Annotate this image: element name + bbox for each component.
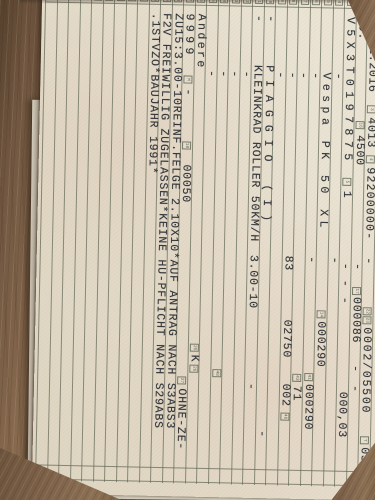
field-number-box: 19 xyxy=(163,0,171,2)
field-number-box: 20 xyxy=(151,0,159,1)
field-label-box: 41 xyxy=(303,373,312,381)
form-cell: 000,03 xyxy=(336,391,347,437)
field-number-box: 22 xyxy=(128,0,136,1)
field-number-box: 10 xyxy=(266,0,274,4)
field-number-box: 12 xyxy=(243,0,251,3)
form-cell: - xyxy=(348,384,358,392)
field-number-box: 23 xyxy=(117,0,125,1)
field-label-box: 3 xyxy=(366,105,375,113)
field-label-box: 18 xyxy=(182,141,191,149)
field-number-box: 8 xyxy=(289,0,297,4)
field-number-box: 14 xyxy=(220,0,228,3)
form-cell: - xyxy=(228,70,238,78)
form-cell: - xyxy=(328,256,338,264)
form-cell: - xyxy=(332,72,342,80)
field-label-box: 14 xyxy=(316,310,325,318)
field-number-box: 17 xyxy=(186,0,194,2)
field-number-box: 9 xyxy=(278,0,286,4)
form-cell: - xyxy=(305,256,315,264)
field-label-box: 17 xyxy=(351,286,360,294)
field-number-box: 16 xyxy=(197,0,205,2)
field-label-box: 5 xyxy=(342,177,351,185)
field-label-box: 46 xyxy=(279,412,288,420)
field-number-box: 18 xyxy=(174,0,182,2)
form-rows: 129.12.201634013492200000--22230002/0550… xyxy=(35,0,375,487)
form-cell: - xyxy=(182,88,192,96)
field-number-box: 4 xyxy=(335,0,343,5)
field-number-box: 13 xyxy=(232,0,240,3)
vehicle-registration-page: 129.12.201634013492200000--22230002/0550… xyxy=(31,0,375,500)
form-cell: 002 xyxy=(279,383,289,406)
field-label-box: 16 xyxy=(354,121,363,129)
form-cell: 83 xyxy=(282,255,292,271)
field-label-box: T xyxy=(359,436,368,444)
form-cell: - xyxy=(349,364,359,372)
form-cell: 1 xyxy=(341,190,351,198)
field-number-box: 7 xyxy=(301,0,309,5)
field-label-box: 23 xyxy=(362,316,371,324)
form-cell: - xyxy=(351,262,361,270)
field-number-box: 21 xyxy=(140,0,148,1)
field-number-box: 11 xyxy=(255,0,263,4)
form-cell: 4013 xyxy=(365,117,375,148)
form-cell: - xyxy=(338,296,348,304)
form-cell: - xyxy=(286,71,296,79)
form-cell: - xyxy=(252,14,262,22)
form-cell: - xyxy=(297,71,307,79)
form-cell: 02750 xyxy=(280,319,291,358)
form-cell: 4500 xyxy=(353,135,364,166)
field-label-box: M xyxy=(183,75,192,83)
form-cell: - xyxy=(339,262,349,270)
field-number-box: 6 xyxy=(312,0,320,5)
field-label-box: 27 xyxy=(177,376,186,384)
field-number-box: 15 xyxy=(209,0,217,3)
field-label-box: 43 xyxy=(292,373,301,381)
form-cell: - xyxy=(205,69,215,77)
field-label-box: 26 xyxy=(188,364,197,372)
form-cell: - xyxy=(274,71,284,79)
field-number-box: 5 xyxy=(324,0,332,5)
form-cell: - xyxy=(240,70,250,78)
form-cell: 000290 xyxy=(301,383,312,429)
field-label-box: 48 xyxy=(211,369,220,377)
form-cell: K xyxy=(188,354,198,362)
form-cell: - xyxy=(255,430,265,438)
form-cell: 71 xyxy=(290,385,300,401)
field-label-box: 25 xyxy=(189,343,198,351)
form-cell: - xyxy=(217,70,227,78)
form-cell: 000290 xyxy=(314,321,325,367)
form-cell: - xyxy=(309,72,319,80)
form-cell: - xyxy=(245,382,255,390)
form-cell: - xyxy=(362,257,372,265)
rotated-document-container: 129.12.201634013492200000--22230002/0550… xyxy=(31,0,375,500)
field-label-box: 22 xyxy=(362,307,371,315)
form-cell: - xyxy=(339,279,349,287)
form-cell: - xyxy=(264,15,274,23)
field-label-box: 4 xyxy=(365,155,374,163)
photo-of-vehicle-document: 129.12.201634013492200000--22230002/0550… xyxy=(0,0,375,500)
